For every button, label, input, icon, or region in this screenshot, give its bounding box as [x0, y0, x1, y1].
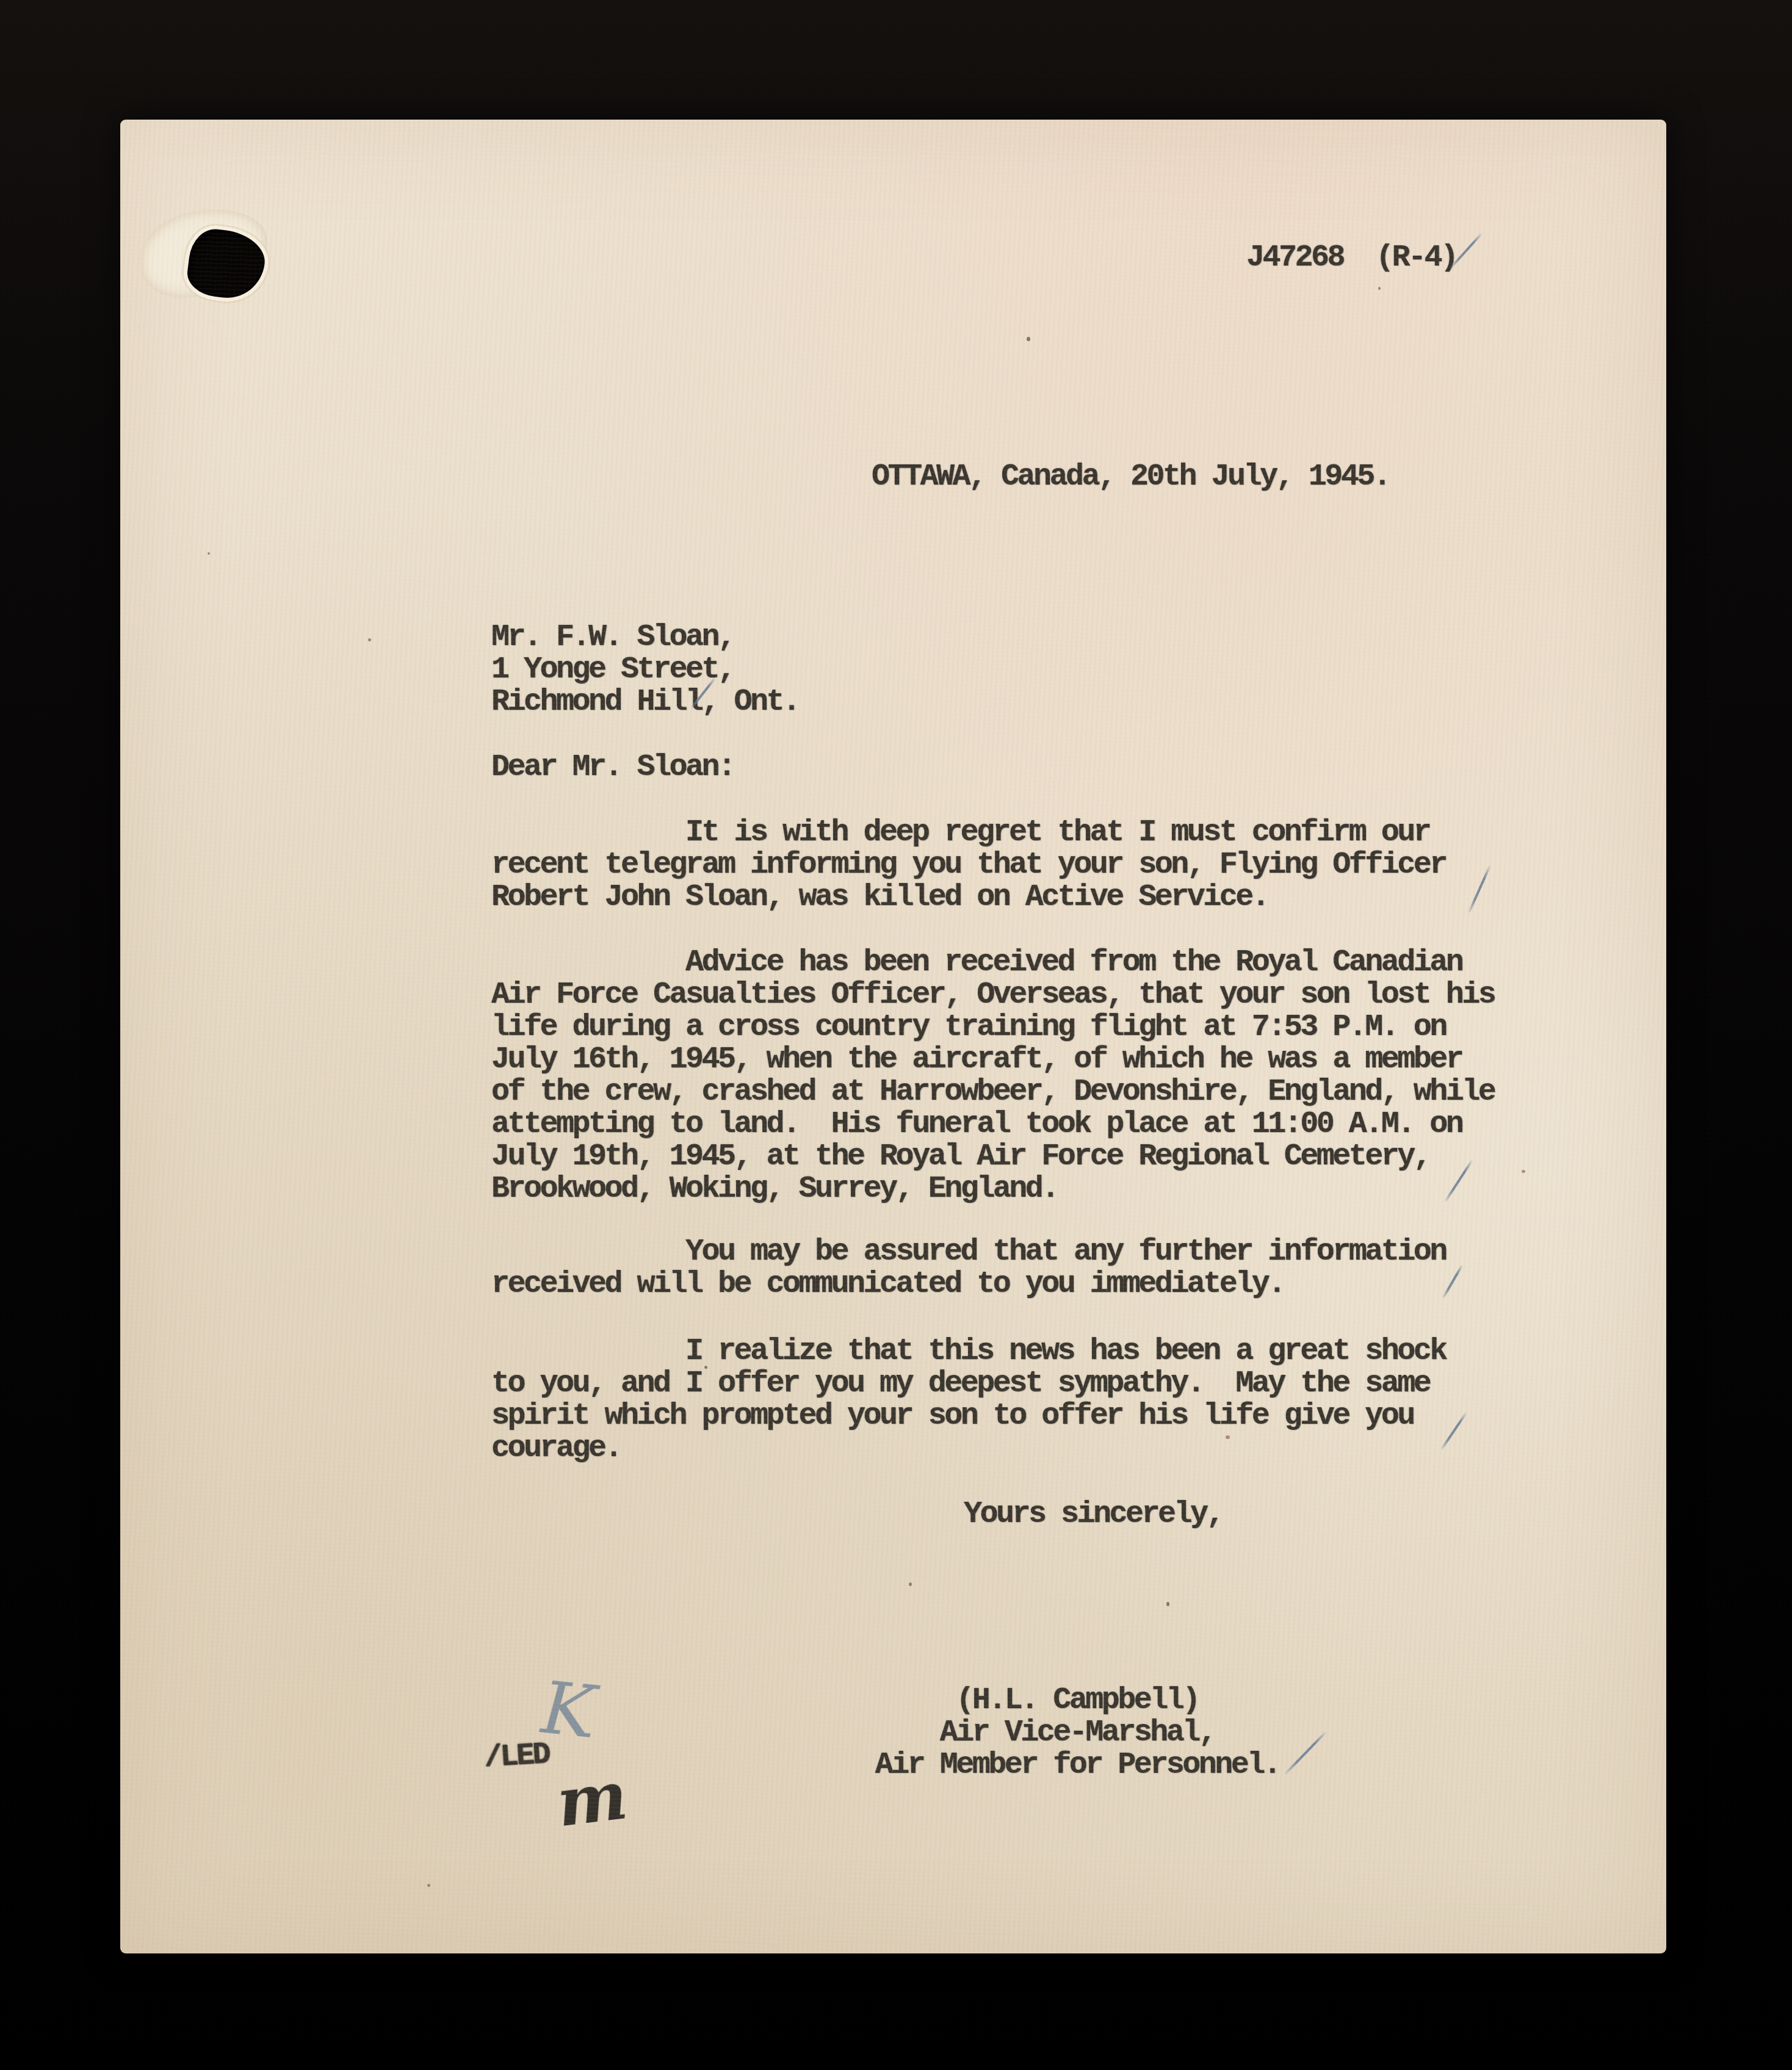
typed-line: Advice has been received from the Royal … — [491, 947, 1494, 979]
file-reference: J47268 (R-4) — [1246, 242, 1457, 274]
typed-line: of the crew, crashed at Harrowbeer, Devo… — [491, 1076, 1494, 1108]
paper-speck — [1226, 1435, 1230, 1439]
typed-line: Robert John Sloan, was killed on Active … — [491, 881, 1446, 914]
paper-speck — [1027, 337, 1030, 341]
salutation: Dear Mr. Sloan: — [491, 751, 734, 784]
paper-speck — [427, 1884, 430, 1887]
typed-line: You may be assured that any further info… — [491, 1236, 1446, 1268]
typed-line: Richmond Hill, Ont. — [491, 686, 799, 718]
ink-initial-m: m — [554, 1767, 627, 1833]
paper-speck — [368, 638, 371, 641]
recipient-address: Mr. F.W. Sloan,1 Yonge Street,Richmond H… — [491, 621, 799, 718]
typed-line: Brookwood, Woking, Surrey, England. — [491, 1173, 1494, 1205]
body-paragraph-4: I realize that this news has been a grea… — [491, 1335, 1446, 1465]
paper-speck — [704, 1366, 707, 1369]
typed-line: to you, and I offer you my deepest sympa… — [491, 1368, 1446, 1400]
pencil-tick-paragraph-1 — [1468, 865, 1491, 913]
paper-speck — [909, 1582, 912, 1586]
paper-speck — [1166, 1602, 1169, 1606]
dateline: OTTAWA, Canada, 20th July, 1945. — [872, 461, 1389, 493]
typed-line: Mr. F.W. Sloan, — [491, 621, 799, 654]
paper-speck — [208, 552, 210, 555]
typed-line: (H.L. Campbell) — [871, 1684, 1284, 1717]
paper-speck — [1522, 1170, 1525, 1173]
body-paragraph-1: It is with deep regret that I must confi… — [491, 817, 1446, 914]
typed-line: It is with deep regret that I must confi… — [491, 817, 1446, 849]
letter-page: J47268 (R-4) OTTAWA, Canada, 20th July, … — [120, 120, 1666, 1953]
typed-line: spirit which prompted your son to offer … — [491, 1400, 1446, 1432]
typed-line: Air Vice-Marshal, — [871, 1717, 1284, 1749]
pencil-tick-signature — [1285, 1731, 1327, 1775]
typed-line: life during a cross country training fli… — [491, 1011, 1494, 1044]
typed-line: recent telegram informing you that your … — [491, 849, 1446, 881]
typed-line: 1 Yonge Street, — [491, 654, 799, 686]
paper-speck — [1378, 287, 1381, 290]
typed-line: attempting to land. His funeral took pla… — [491, 1108, 1494, 1141]
typed-line: I realize that this news has been a grea… — [491, 1335, 1446, 1368]
body-paragraph-3: You may be assured that any further info… — [491, 1236, 1446, 1300]
scan-background: { "letter": { "reference": "J47268 (R-4)… — [0, 0, 1792, 2070]
typed-line: July 16th, 1945, when the aircraft, of w… — [491, 1044, 1494, 1076]
typed-line: Air Member for Personnel. — [871, 1749, 1284, 1781]
closing: Yours sincerely, — [964, 1498, 1223, 1531]
typed-line: Air Force Casualties Officer, Overseas, … — [491, 979, 1494, 1011]
pencil-initial-k: K — [533, 1677, 603, 1742]
signature-block: (H.L. Campbell)Air Vice-Marshal,Air Memb… — [871, 1684, 1284, 1781]
body-paragraph-2: Advice has been received from the Royal … — [491, 947, 1494, 1205]
typed-line: courage. — [491, 1432, 1446, 1465]
typed-line: July 19th, 1945, at the Royal Air Force … — [491, 1141, 1494, 1173]
typed-line: received will be communicated to you imm… — [491, 1268, 1446, 1300]
